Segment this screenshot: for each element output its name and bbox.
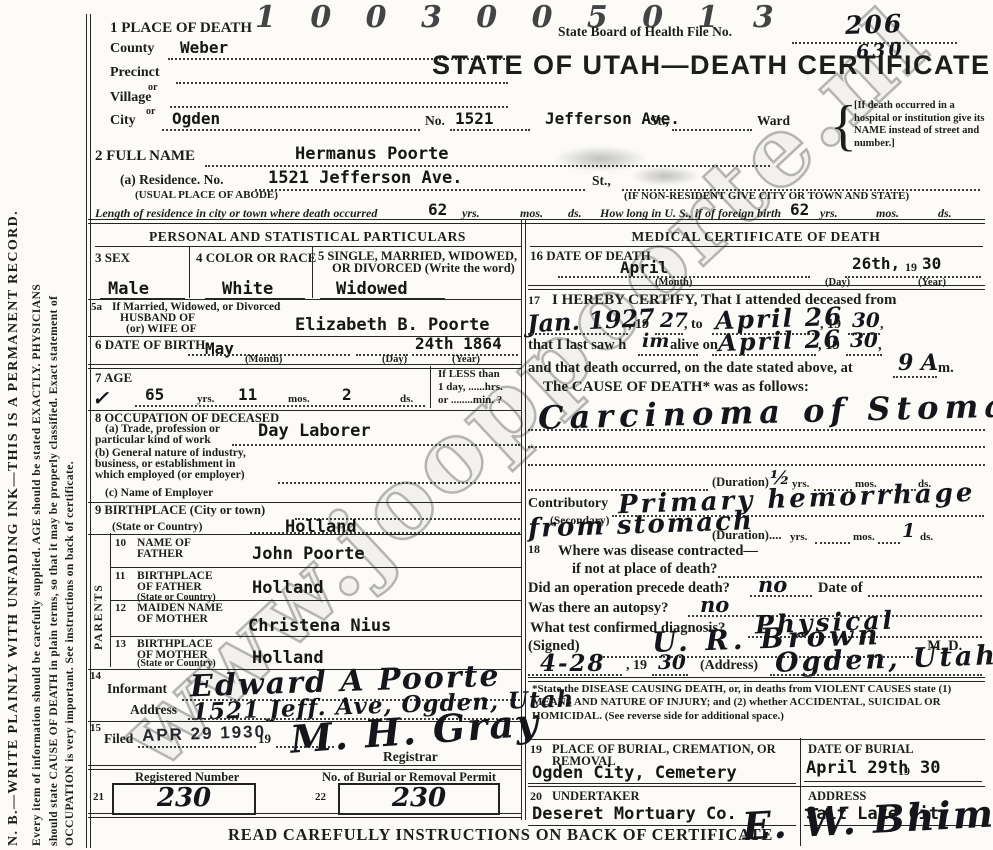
yrs-cap-b: yrs. (820, 206, 838, 221)
permit-number-box: 230 (338, 783, 500, 815)
ink-smudge (630, 166, 700, 186)
age-years-value: 65 (145, 385, 164, 404)
death-certificate-page: www.jooppoorte.nl N. B.—WRITE PLAINLY WI… (0, 0, 993, 850)
filed-19-label: 19 (258, 731, 271, 747)
father-name-label-2: FATHER (137, 548, 183, 560)
autopsy-label: Was there an autopsy? (528, 600, 668, 617)
precinct-label: Precinct (110, 65, 160, 81)
rule (430, 366, 431, 408)
rule (110, 598, 522, 601)
sex-label: 3 SEX (95, 250, 130, 266)
place-of-death-label: 1 PLACE OF DEATH (110, 20, 252, 37)
employer-label: (c) Name of Employer (105, 487, 213, 499)
death-time-hand: 9 A (898, 350, 938, 376)
birthplace-label: 9 BIRTHPLACE (City or town) (95, 503, 265, 518)
death-occurred-text: and that death occurred, on the date sta… (528, 360, 853, 377)
if-less-line1: If LESS than (438, 368, 500, 380)
row-21-number: 21 (93, 791, 104, 803)
row-22-number: 22 (315, 791, 326, 803)
left-column-header: PERSONAL AND STATISTICAL PARTICULARS (95, 229, 520, 245)
rule (255, 187, 585, 191)
rule (95, 244, 521, 247)
rule (88, 813, 522, 818)
lastsaw-19-label: , 19 (818, 337, 840, 354)
rule (138, 744, 256, 748)
date-of-burial-label: DATE OF BURIAL (808, 742, 914, 757)
father-bp-value: Holland (252, 578, 324, 598)
ds-cap-b: ds. (938, 206, 952, 221)
registrar-label: Registrar (383, 749, 438, 765)
if-less-line3: or ........min. ? (438, 394, 502, 406)
dob-label: 6 DATE OF BIRTH (95, 337, 205, 353)
howlong-label: How long in U. S., if of foreign birth (600, 206, 781, 221)
duration2-yrs: yrs. (790, 531, 807, 543)
rule (189, 246, 190, 298)
file-no-value: 206 (845, 9, 904, 40)
dod-19-label: 19 (905, 260, 917, 275)
read-carefully-text: READ CAREFULLY INSTRUCTIONS ON BACK OF C… (228, 825, 773, 845)
residence-value: 1521 Jefferson Ave. (268, 168, 462, 188)
full-name-value: Hermanus Poorte (295, 144, 449, 164)
row-15-number: 15 (90, 722, 101, 734)
rule (528, 672, 622, 676)
rule (638, 352, 698, 356)
mother-name-label-2: OF MOTHER (137, 613, 208, 625)
length-yrs-value: 62 (428, 200, 447, 219)
informant-label: Informant (107, 681, 167, 697)
row-19-number: 19 (530, 742, 542, 757)
hospital-note: [If death occurred in a hospital or inst… (854, 100, 986, 150)
age-checkmark: ✓ (92, 386, 109, 410)
where-contracted-line1: Where was disease contracted— (558, 543, 758, 560)
contributory-label: Contributory (528, 496, 608, 512)
rule (804, 779, 982, 782)
age-days-value: 2 (342, 385, 352, 404)
residence-st-label: St., (592, 173, 611, 189)
county-label: County (110, 41, 154, 57)
marital-label-2: OR DIVORCED (Write the word) (332, 261, 515, 276)
duration2-hand: 1 (902, 520, 915, 542)
to-label: , to (684, 317, 703, 333)
race-label: 4 COLOR OR RACE (196, 250, 316, 266)
margin-note-1: N. B.—WRITE PLAINLY WITH UNFADING INK—TH… (6, 210, 22, 846)
row-12-number: 12 (115, 602, 126, 614)
margin-note-3: should state CAUSE OF DEATH in plain ter… (48, 296, 60, 846)
lastsaw-year-hand: 30 (850, 328, 878, 352)
rule (672, 127, 752, 131)
rule (450, 127, 530, 131)
rule (170, 104, 508, 108)
row-17-number: 17 (528, 293, 540, 308)
registered-number-value: 230 (157, 783, 211, 813)
rule (528, 444, 985, 448)
age-months-value: 11 (238, 385, 257, 404)
full-name-label: 2 FULL NAME (95, 148, 195, 165)
house-no-label: No. (425, 113, 445, 129)
rule (815, 540, 850, 544)
cause-footnote: *State the DISEASE CAUSING DEATH, or, in… (532, 683, 984, 723)
age-label: 7 AGE (95, 370, 132, 386)
brace-glyph: { (830, 94, 857, 158)
undertaker-value: Deseret Mortuary Co. (532, 804, 737, 824)
burial-year-value: 30 (920, 758, 940, 778)
m-label: m. (938, 360, 954, 377)
if-less-line2: 1 day, ......hrs. (438, 381, 503, 393)
occupation-a-line2: particular kind of work (95, 434, 211, 446)
margin-note-2: Every item of information should be care… (31, 284, 43, 846)
mos-cap-a: mos. (520, 206, 543, 221)
occupation-value: Day Laborer (258, 421, 371, 441)
rule (878, 540, 900, 544)
row-13-number: 13 (115, 638, 126, 650)
rule (232, 442, 520, 446)
informant-address-label: Address (130, 702, 177, 718)
rule (162, 127, 420, 131)
rule (530, 244, 983, 247)
row-11-number: 11 (115, 570, 125, 582)
undertaker-label: UNDERTAKER (552, 789, 640, 804)
spouse-value: Elizabeth B. Poorte (295, 315, 489, 335)
abode-note: (USUAL PLACE OF ABODE) (135, 189, 278, 201)
rule (770, 672, 982, 676)
burial-place-value: Ogden City, Cemetery (532, 763, 737, 783)
right-column-header: MEDICAL CERTIFICATE OF DEATH (530, 229, 982, 245)
rule (312, 246, 313, 298)
rule (135, 403, 425, 407)
rule (528, 784, 985, 787)
length-of-residence-label: Length of residence in city or town wher… (95, 206, 377, 221)
residence-label: (a) Residence. No. (120, 172, 223, 188)
burial-date-value: April 29th (806, 758, 908, 778)
father-name-value: John Poorte (252, 544, 365, 564)
yrs-cap-a: yrs. (462, 206, 480, 221)
signed-year-hand: 30 (658, 650, 686, 674)
dod-day-value: 26th, (852, 254, 900, 273)
rule (652, 672, 688, 676)
bottom-signature: E. W. Bhimel (741, 788, 993, 848)
row-20-number: 20 (530, 789, 542, 804)
dob-dayyear-value: 24th 1864 (415, 334, 502, 353)
ds-cap-a: ds. (568, 206, 582, 221)
rule (846, 352, 882, 356)
st-label: St., (650, 113, 669, 129)
rule (845, 274, 981, 278)
filed-date-stamp: APR 29 1930 (142, 722, 267, 746)
registered-number-box: 230 (112, 783, 256, 815)
rule (868, 593, 982, 597)
rule (88, 532, 522, 535)
rule (712, 352, 816, 356)
margin-note-4: OCCUPATION is very important. See instru… (64, 461, 76, 846)
permit-number-value: 230 (392, 783, 446, 813)
rule (110, 634, 522, 637)
rule (110, 565, 522, 568)
address-caption: (Address) (700, 658, 758, 674)
ward-label: Ward (757, 113, 790, 129)
him-hand: im (642, 330, 669, 352)
duration2-label: (Duration).... (712, 528, 781, 543)
burial-19-label: 19 (898, 764, 910, 779)
where-contracted-line2: if not at place of death? (572, 561, 717, 578)
filed-label: Filed (104, 731, 133, 747)
city-label: City (110, 113, 136, 129)
rule (528, 285, 985, 290)
last-saw-text: that I last saw h (528, 337, 626, 354)
row-18-number: 18 (528, 542, 540, 557)
rule (893, 374, 937, 378)
village-label: Village (110, 90, 151, 106)
rule (278, 480, 520, 484)
dod-year-value: 30 (922, 254, 941, 273)
rule (88, 297, 522, 300)
rule (528, 331, 628, 335)
rule (750, 593, 812, 597)
howlong-yrs-value: 62 (790, 200, 809, 219)
rule (528, 737, 985, 740)
mother-name-value: Christena Nius (248, 616, 391, 636)
row-10-number: 10 (115, 537, 126, 549)
row-5a-number: 5a (91, 301, 102, 313)
nonresident-note: (IF NON-RESIDENT GIVE CITY OR TOWN AND S… (624, 190, 909, 202)
rule (528, 677, 985, 682)
or-label-b: or (146, 106, 155, 117)
comma-a: , (880, 317, 884, 333)
duration2-mos: mos. (853, 531, 875, 543)
mos-cap-b: mos. (876, 206, 899, 221)
file-no-label: State Board of Health File No. (558, 24, 732, 40)
row-14-number: 14 (90, 670, 101, 682)
occupation-b-line3: which employed (or employer) (95, 469, 245, 481)
rule (528, 427, 985, 431)
date-of-label: Date of (818, 580, 863, 597)
rule (528, 462, 985, 466)
parents-group-label: PARENTS (93, 583, 105, 650)
certificate-title: STATE OF UTAH—DEATH CERTIFICATE (432, 50, 990, 81)
city-value: Ogden (172, 109, 220, 128)
duration2-ds: ds. (920, 531, 933, 543)
house-no-value: 1521 (455, 109, 494, 128)
county-value: Weber (180, 38, 228, 57)
signed-19-label: , 19 (626, 658, 647, 674)
